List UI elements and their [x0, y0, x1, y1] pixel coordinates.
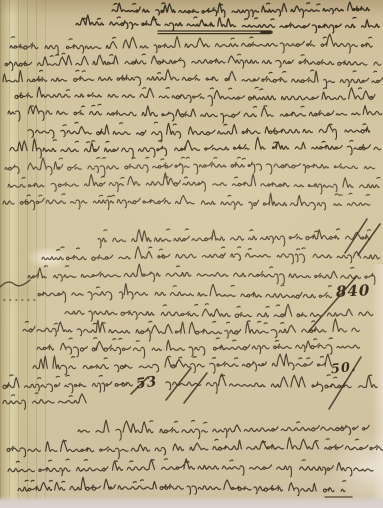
handwritten-line: [33, 354, 331, 375]
handwritten-header-line: [76, 15, 379, 33]
handwritten-line: [78, 420, 369, 440]
handwritten-line: [28, 264, 375, 284]
numeral-53: 53: [135, 375, 158, 392]
handwritten-line: [8, 104, 382, 123]
handwritten-line: [166, 374, 377, 394]
manuscript-page: 840 50. 53: [0, 0, 383, 508]
numeral-50: 50.: [330, 361, 357, 377]
handwritten-line: [3, 375, 132, 393]
handwritten-line: [5, 157, 375, 176]
handwritten-line: [65, 304, 373, 321]
handwritten-line: [7, 438, 383, 459]
handwritten-line: [28, 122, 370, 142]
handwritten-line: [15, 87, 375, 106]
margin-wave-mark: [0, 280, 30, 287]
handwritten-line: [18, 477, 346, 495]
handwritten-line: [3, 70, 383, 89]
handwriting-layer: [0, 0, 383, 508]
handwritten-line: [3, 393, 86, 409]
handwritten-line: [23, 319, 359, 341]
handwritten-line: [3, 193, 370, 210]
handwritten-line: [37, 338, 360, 358]
handwritten-line: [10, 137, 381, 158]
handwritten-line: [8, 459, 373, 477]
numeral-840: 840: [336, 283, 371, 300]
handwritten-line: [8, 173, 380, 194]
handwritten-line: [38, 284, 332, 303]
handwritten-line: [98, 229, 371, 248]
correction-slash-stroke: [184, 373, 207, 403]
handwritten-line: [42, 247, 379, 264]
header-double-underline: [158, 31, 270, 34]
handwritten-header-line: [112, 2, 369, 18]
handwritten-line: [10, 34, 372, 55]
handwritten-line: [5, 53, 381, 70]
